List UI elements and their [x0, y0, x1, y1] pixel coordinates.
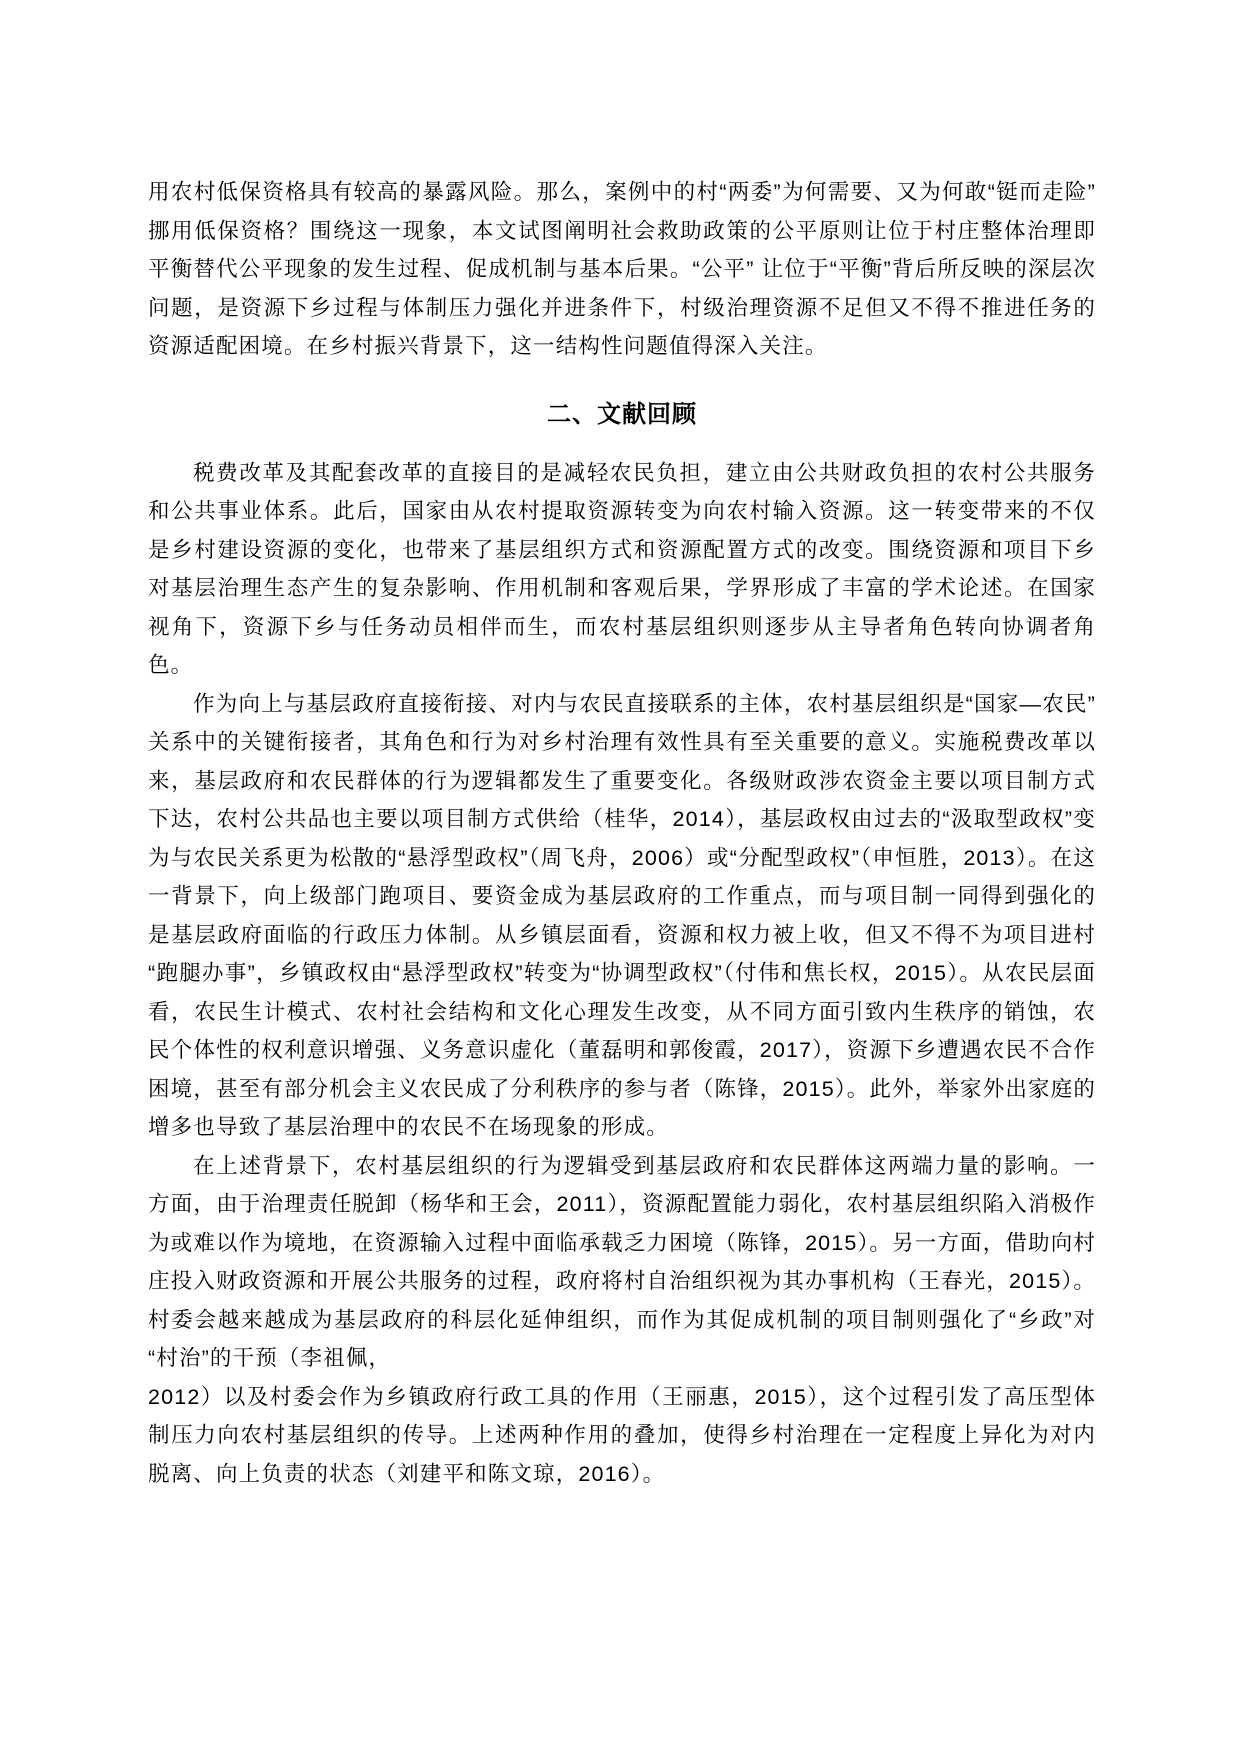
- paragraph-grassroots-organizations: 作为向上与基层政府直接衔接、对内与农民直接联系的主体，农村基层组织是“国家—农民…: [148, 685, 1096, 1147]
- document-page: 用农村低保资格具有较高的暴露风险。那么，案例中的村“两委”为何需要、又为何敢“铤…: [0, 0, 1240, 1754]
- paragraph-intro-continuation: 用农村低保资格具有较高的暴露风险。那么，案例中的村“两委”为何需要、又为何敢“铤…: [148, 173, 1096, 366]
- section-heading: 二、文献回顾: [148, 399, 1096, 430]
- paragraph-dual-forces-continued: 2012）以及村委会作为乡镇政府行政工具的作用（王丽惠，2015），这个过程引发…: [148, 1378, 1096, 1494]
- text-body: 用农村低保资格具有较高的暴露风险。那么，案例中的村“两委”为何需要、又为何敢“铤…: [148, 173, 1096, 1493]
- paragraph-literature-overview: 税费改革及其配套改革的直接目的是减轻农民负担，建立由公共财政负担的农村公共服务和…: [148, 454, 1096, 685]
- paragraph-dual-forces: 在上述背景下，农村基层组织的行为逻辑受到基层政府和农民群体这两端力量的影响。一方…: [148, 1147, 1096, 1378]
